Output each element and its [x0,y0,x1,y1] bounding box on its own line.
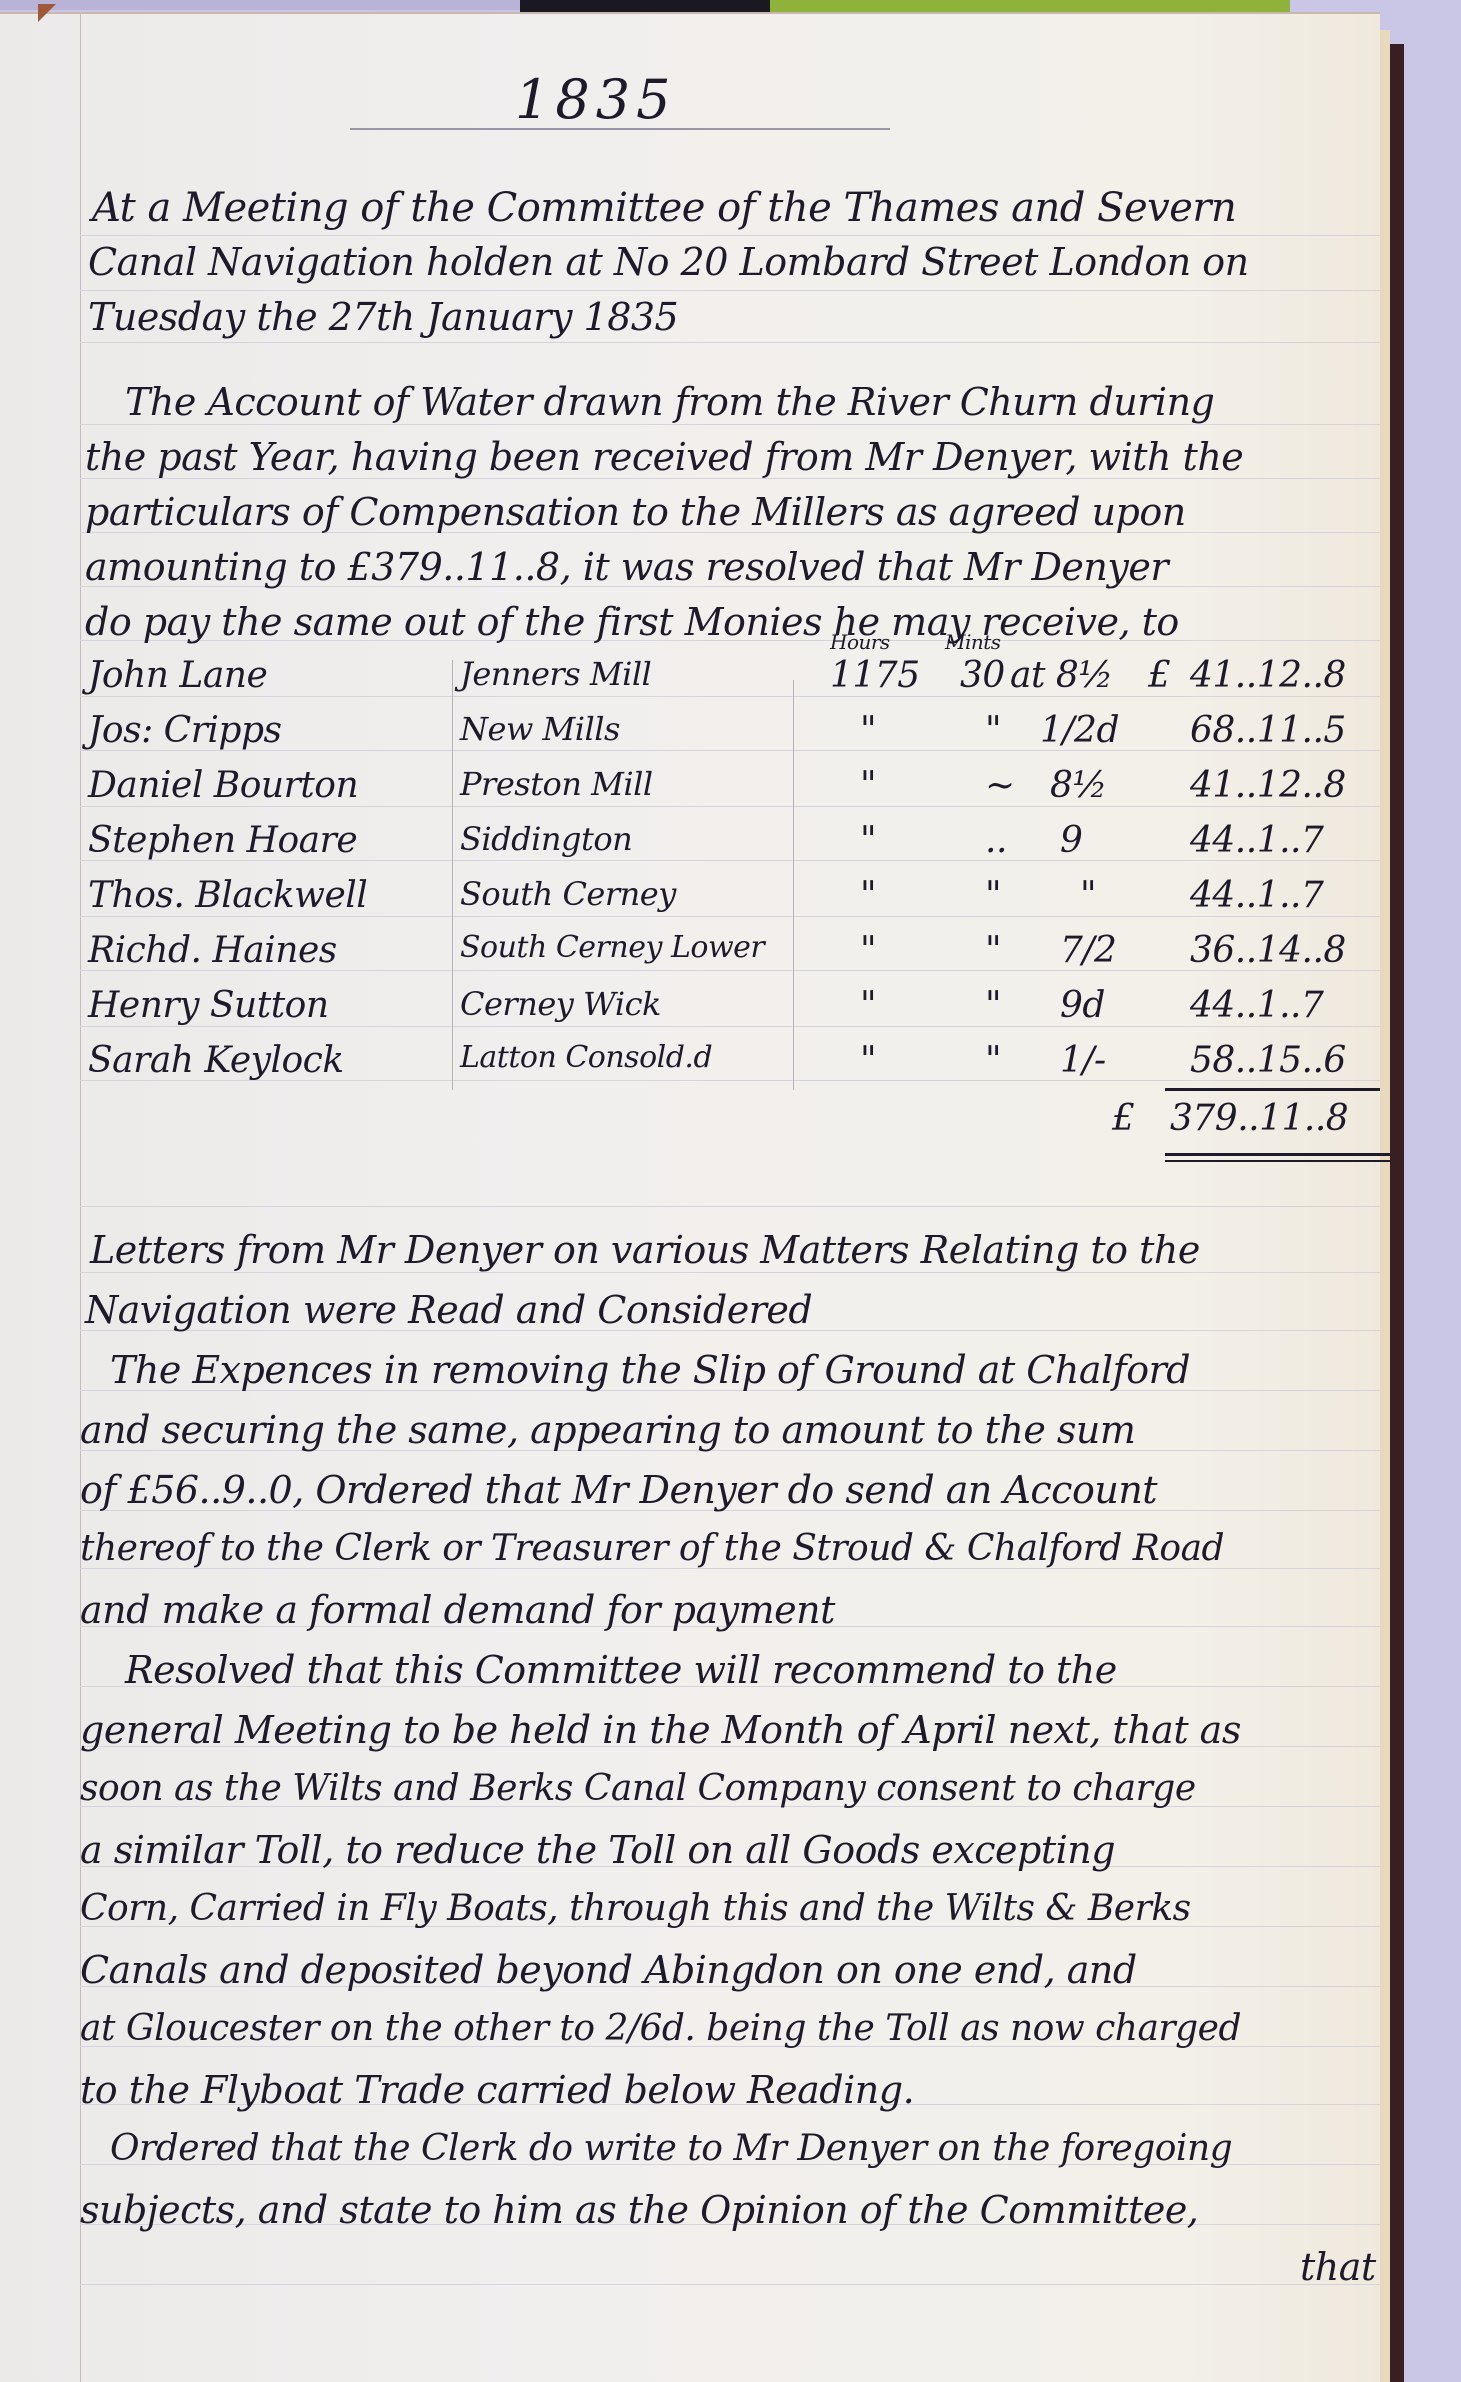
table-row-minutes: " [985,710,1001,751]
resolved-line-5: Corn, Carried in Fly Boats, through this… [80,1888,1191,1929]
ruled-line [80,424,1380,425]
table-row-rate: 8½ [1050,765,1107,806]
meeting-header-line-1: At a Meeting of the Committee of the Tha… [92,185,1236,231]
table-row-minutes: 30 [960,655,1005,696]
table-row-hours: 1175 [830,655,920,696]
table-row-amount: 44..1..7 [1190,985,1323,1026]
resolved-line-1: Resolved that this Committee will recomm… [125,1648,1117,1692]
meeting-header-line-3: Tuesday the 27th January 1835 [88,295,678,339]
table-row-minutes: " [985,1040,1001,1081]
ruled-line [80,342,1380,343]
table-row-name: John Lane [88,655,267,696]
table-column-divider [452,660,453,1090]
table-row-mill: Siddington [460,820,632,858]
hours-column-header: Hours [830,630,890,654]
ruled-line [80,1272,1380,1273]
expences-line-5: and make a formal demand for payment [80,1588,835,1632]
meeting-header-line-2: Canal Navigation holden at No 20 Lombard… [88,240,1249,284]
table-row-minutes: " [985,985,1001,1026]
table-row-mill: South Cerney Lower [460,930,764,965]
total-amount: 379..11..8 [1170,1098,1348,1139]
ruled-line [80,1026,1380,1027]
table-row-hours: " [860,875,876,916]
water-account-line-1: The Account of Water drawn from the Rive… [125,380,1214,424]
ruled-line [80,696,1380,697]
letters-line-1: Letters from Mr Denyer on various Matter… [90,1228,1200,1272]
total-currency: £ [1112,1098,1134,1139]
table-row-hours: " [860,930,876,971]
table-row-name: Stephen Hoare [88,820,357,861]
table-row-hours: " [860,710,876,751]
year-heading: 1835 [515,68,676,131]
table-row-mill: New Mills [460,710,620,748]
table-row-amount: 41..12..8 [1190,655,1346,696]
total-double-rule [1165,1160,1390,1162]
table-row-name: Jos: Cripps [88,710,281,751]
catchword: that [1300,2245,1376,2289]
expences-line-4: thereof to the Clerk or Treasurer of the… [80,1528,1224,1569]
table-row-rate: 7/2 [1060,930,1116,971]
table-row-hours: " [860,820,876,861]
table-row-rate: at 8½ [1010,655,1113,696]
ordered-line-2: subjects, and state to him as the Opinio… [80,2188,1198,2232]
letters-line-2: Navigation were Read and Considered [85,1288,812,1332]
table-row-rate: " [1080,875,1096,916]
table-row-amount: 58..15..6 [1190,1040,1346,1081]
table-row-hours: " [860,765,876,806]
minutes-column-header: Mints [945,630,1001,654]
resolved-line-6: Canals and deposited beyond Abingdon on … [80,1948,1137,1992]
expences-line-2: and securing the same, appearing to amou… [80,1408,1135,1452]
table-row-mill: Preston Mill [460,765,653,803]
table-row-minutes: " [985,875,1001,916]
table-row-rate: 9d [1060,985,1105,1026]
table-row-mill: Latton Consold.d [460,1040,712,1075]
table-row-minutes: ~ [985,765,1015,806]
ruled-line [80,2284,1380,2285]
table-row-rate: 1/- [1060,1040,1106,1081]
ruled-line [80,1206,1380,1207]
water-account-line-4: amounting to £379..11..8, it was resolve… [85,545,1168,589]
page-edge [1380,30,1390,2382]
total-double-rule [1165,1153,1390,1156]
ruled-line [80,290,1380,291]
table-row-name: Henry Sutton [88,985,329,1026]
subtotal-rule [1165,1088,1380,1091]
water-account-line-3: particulars of Compensation to the Mille… [85,490,1186,534]
table-row-amount: 36..14..8 [1190,930,1346,971]
resolved-line-7: at Gloucester on the other to 2/6d. bein… [80,2008,1241,2049]
table-row-rate: 9 [1060,820,1082,861]
table-row-currency: £ [1148,655,1170,696]
table-row-amount: 68..11..5 [1190,710,1346,751]
table-row-mill: Cerney Wick [460,985,661,1023]
resolved-line-2: general Meeting to be held in the Month … [80,1708,1241,1752]
ruled-line [80,916,1380,917]
year-underline [350,128,890,130]
resolved-line-8: to the Flyboat Trade carried below Readi… [80,2068,914,2112]
expences-line-3: of £56..9..0, Ordered that Mr Denyer do … [80,1468,1157,1512]
table-row-name: Sarah Keylock [88,1040,344,1081]
table-row-name: Thos. Blackwell [88,875,367,916]
ruled-line [80,806,1380,807]
table-row-mill: Jenners Mill [460,655,651,693]
table-column-divider [793,680,794,1090]
table-row-minutes: .. [985,820,1007,861]
resolved-line-3: soon as the Wilts and Berks Canal Compan… [80,1768,1196,1809]
expences-line-1: The Expences in removing the Slip of Gro… [110,1348,1190,1392]
table-row-name: Daniel Bourton [88,765,358,806]
table-row-hours: " [860,1040,876,1081]
table-row-minutes: " [985,930,1001,971]
ordered-line-1: Ordered that the Clerk do write to Mr De… [110,2128,1232,2169]
table-row-amount: 44..1..7 [1190,820,1323,861]
resolved-line-4: a similar Toll, to reduce the Toll on al… [80,1828,1115,1872]
background-surface [0,0,520,10]
table-row-hours: " [860,985,876,1026]
water-account-line-2: the past Year, having been received from… [85,435,1243,479]
table-row-name: Richd. Haines [88,930,337,971]
ruled-line [80,235,1380,236]
table-row-mill: South Cerney [460,875,676,913]
table-row-amount: 44..1..7 [1190,875,1323,916]
water-account-line-5: do pay the same out of the first Monies … [85,600,1179,644]
book-binding [1390,44,1404,2382]
table-row-rate: 1/2d [1040,710,1119,751]
table-row-amount: 41..12..8 [1190,765,1346,806]
